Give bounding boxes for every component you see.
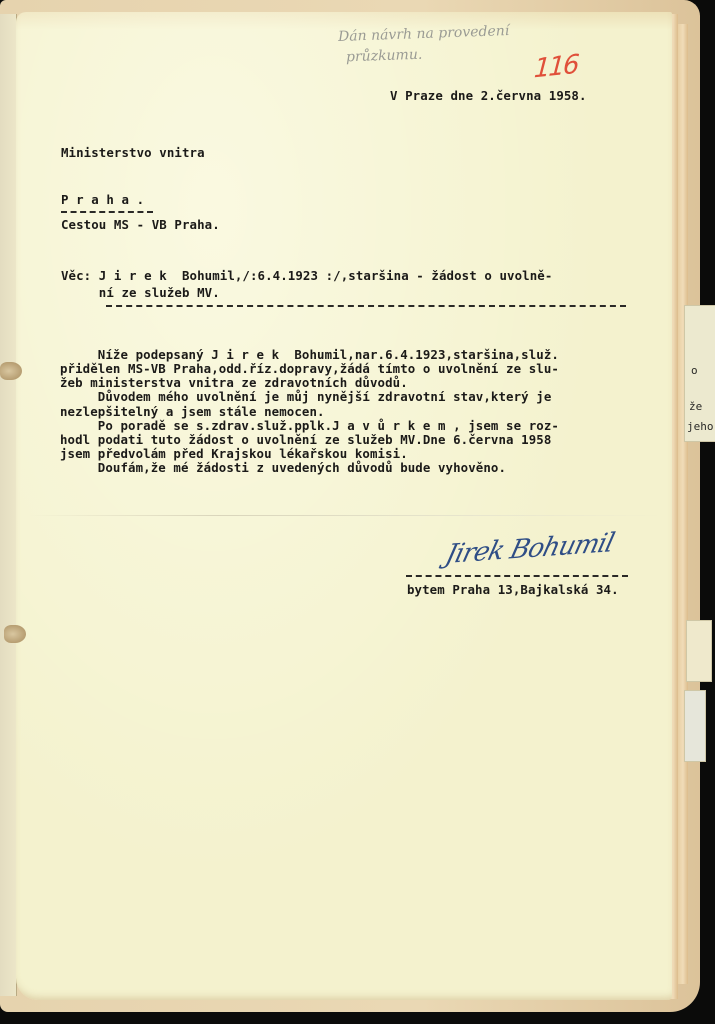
body-line: hodl podati tuto žádost o uvolnění ze sl… bbox=[60, 433, 551, 447]
body-line: jsem předvolám před Krajskou lékařskou k… bbox=[60, 447, 408, 461]
body-line: nezlepšitelný a jsem stále nemocen. bbox=[60, 405, 325, 419]
addressee-via: Cestou MS - VB Praha. bbox=[61, 218, 220, 232]
edge-text-fragment: jeho bbox=[687, 420, 714, 433]
folio-number: 116 bbox=[533, 50, 579, 85]
protruding-sheet bbox=[684, 690, 706, 762]
date-line: V Praze dne 2.června 1958. bbox=[390, 89, 587, 103]
pencil-annotation-line2: průzkumu. bbox=[346, 47, 423, 66]
letter-page: Dán návrh na provedení průzkumu. 116 V P… bbox=[16, 12, 672, 1000]
body-line: Po poradě se s.zdrav.služ.pplk.J a v ů r… bbox=[60, 419, 559, 433]
paper-fold bbox=[26, 515, 666, 516]
protruding-sheet: o že jeho bbox=[684, 305, 715, 442]
page-stack-edge bbox=[678, 24, 688, 984]
binder-ring bbox=[4, 625, 26, 643]
pencil-annotation-line1: Dán návrh na provedení bbox=[338, 23, 510, 45]
subject-line2: ní ze služeb MV. bbox=[61, 286, 220, 300]
body-line: žeb ministerstva vnitra ze zdravotních d… bbox=[60, 376, 408, 390]
body-line: přidělen MS-VB Praha,odd.říz.dopravy,žád… bbox=[60, 362, 559, 376]
signature-line bbox=[406, 575, 628, 577]
body-line: Doufám,že mé žádosti z uvedených důvodů … bbox=[60, 461, 506, 475]
subject-line1: Věc: J i r e k Bohumil,/:6.4.1923 :/,sta… bbox=[61, 269, 552, 283]
edge-text-fragment: že bbox=[689, 400, 702, 413]
addressee-ministry: Ministerstvo vnitra bbox=[61, 146, 205, 160]
city-underline bbox=[61, 211, 153, 213]
facing-page-edge bbox=[0, 14, 17, 996]
body-line: Důvodem mého uvolnění je můj nynější zdr… bbox=[60, 390, 551, 404]
binder-ring bbox=[0, 362, 22, 380]
protruding-sheet bbox=[686, 620, 712, 682]
addressee-city: P r a h a . bbox=[61, 193, 144, 207]
subject-underline bbox=[106, 305, 626, 307]
edge-text-fragment: o bbox=[691, 364, 698, 377]
sender-address: bytem Praha 13,Bajkalská 34. bbox=[407, 583, 619, 597]
handwritten-signature: Jirek Bohumil bbox=[442, 528, 616, 570]
body-line: Níže podepsaný J i r e k Bohumil,nar.6.4… bbox=[60, 348, 559, 362]
